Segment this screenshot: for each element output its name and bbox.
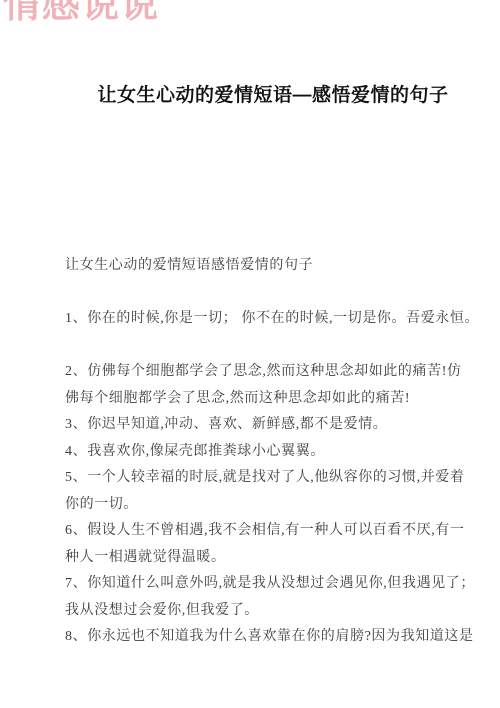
paragraph-1-line-1: 1、你在的时候,你是一切； 你不在的时候,一切是你。吾爱永恒。 [65,306,480,333]
page-title: 让女生心动的爱情短语—感悟爱情的句子 [0,80,500,107]
subtitle: 让女生心动的爱情短语感悟爱情的句子 [65,253,480,280]
paragraph-5-line-2: 你的一切。 [65,492,480,519]
paragraph-6-line-1: 6、假设人生不曾相遇,我不会相信,有一种人可以百看不厌,有一 [65,518,480,545]
paragraph-4-line-1: 4、我喜欢你,像屎壳郎推粪球小心翼翼。 [65,439,480,466]
paragraph-2-line-1: 2、仿佛每个细胞都学会了思念,然而这种思念却如此的痛苦!仿 [65,359,480,386]
article-page: 情感说说 让女生心动的爱情短语—感悟爱情的句子 让女生心动的爱情短语感悟爱情的句… [0,0,500,708]
watermark-logo: 情感说说 [3,0,159,24]
paragraph-2-line-2: 佛每个细胞都学会了思念,然而这种思念却如此的痛苦! [65,386,480,413]
article-body: 让女生心动的爱情短语感悟爱情的句子 1、你在的时候,你是一切； 你不在的时候,一… [65,253,480,651]
paragraph-7-line-1: 7、你知道什么叫意外吗,就是我从没想过会遇见你,但我遇见了； [65,571,480,598]
paragraph-3-line-1: 3、你迟早知道,冲动、喜欢、新鲜感,都不是爱情。 [65,412,480,439]
paragraph-8-line-1: 8、你永远也不知道我为什么喜欢靠在你的肩膀?因为我知道这是 [65,624,480,651]
paragraph-5-line-1: 5、一个人较幸福的时辰,就是找对了人,他纵容你的习惯,并爱着 [65,465,480,492]
paragraph-7-line-2: 我从没想过会爱你,但我爱了。 [65,598,480,625]
paragraph-6-line-2: 种人一相遇就觉得温暖。 [65,545,480,572]
